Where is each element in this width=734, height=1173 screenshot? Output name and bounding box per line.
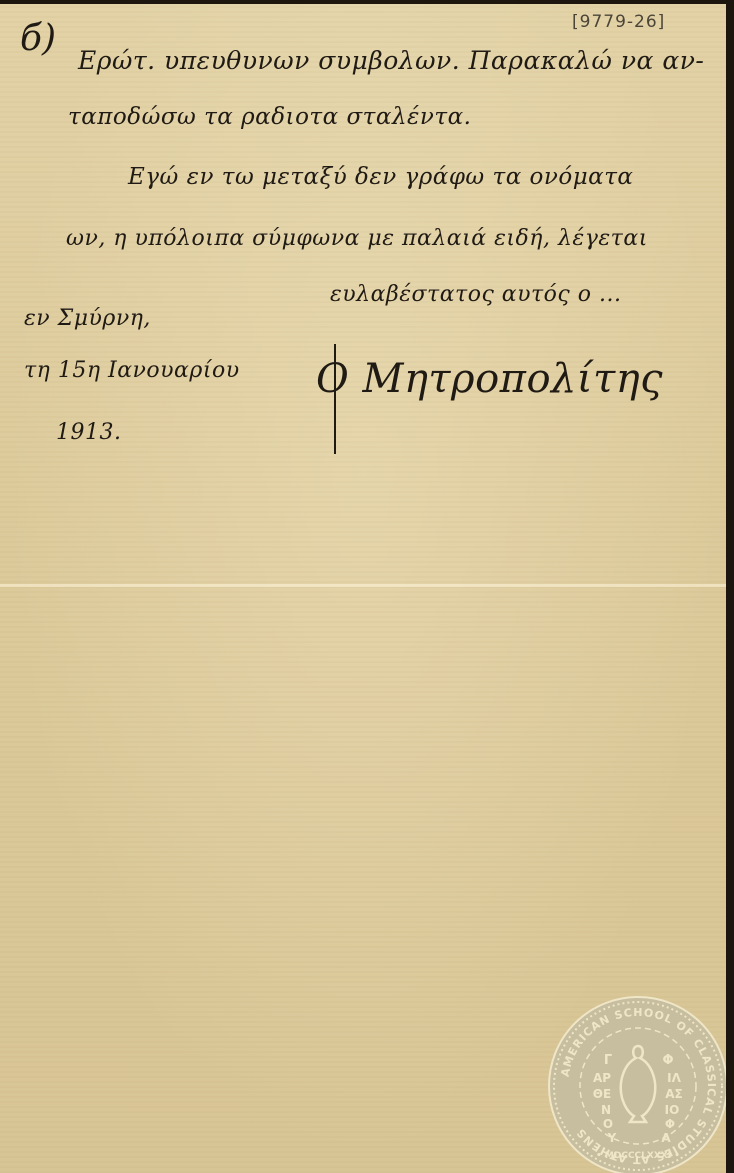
svg-text:ΙΛ: ΙΛ [667, 1071, 681, 1085]
scan-border-right [726, 0, 734, 1173]
section-marker: б) [20, 18, 56, 59]
archive-reference: [9779-26] [572, 12, 665, 32]
svg-text:ΑΣ: ΑΣ [665, 1087, 682, 1101]
svg-text:Γ: Γ [604, 1053, 612, 1068]
svg-text:• MDCCCLXXXI •: • MDCCCLXXXI • [596, 1151, 680, 1161]
svg-text:ΑΡ: ΑΡ [593, 1071, 611, 1085]
svg-text:Ο: Ο [603, 1117, 613, 1131]
signature-flourish [334, 344, 336, 454]
svg-text:Α: Α [661, 1131, 671, 1145]
signature: Ο Μητροπολίτης [316, 356, 663, 402]
letter-page: [9779-26] б) Ερώτ. υπευθυνων συμβολων. Π… [0, 4, 728, 1173]
stamp-emblem-icon: AMERICAN SCHOOL OF CLASSICAL STUDIES AT … [550, 998, 726, 1173]
closing-line: ευλαβέστατος αυτός ο ... [330, 282, 621, 307]
institution-stamp: AMERICAN SCHOOL OF CLASSICAL STUDIES AT … [548, 996, 728, 1173]
body-line-4: ων, η υπόλοιπα σύμφωνα με παλαιά ειδή, λ… [66, 226, 648, 251]
body-line-1: Ερώτ. υπευθυνων συμβολων. Παρακαλώ να αν… [78, 46, 704, 75]
svg-text:AMERICAN SCHOOL OF CLASSICAL S: AMERICAN SCHOOL OF CLASSICAL STUDIES AT … [559, 1006, 719, 1166]
svg-text:Φ: Φ [665, 1117, 675, 1131]
paper-fold-line [0, 584, 728, 587]
year-text: 1913. [56, 420, 121, 445]
date-text: τη 15η Ιανουαρίου [24, 358, 240, 383]
svg-text:Φ: Φ [662, 1053, 673, 1068]
svg-text:ΙΟ: ΙΟ [665, 1103, 680, 1117]
svg-text:Υ: Υ [607, 1131, 617, 1145]
svg-text:Ν: Ν [601, 1103, 611, 1117]
body-line-2: ταποδώσω τα ραδιοτα σταλέντα. [68, 104, 471, 130]
svg-text:ΘΕ: ΘΕ [593, 1087, 611, 1101]
body-line-3: Εγώ εν τω μεταξύ δεν γράφω τα ονόματα [128, 164, 633, 190]
place-text: εν Σμύρνη, [24, 306, 151, 331]
